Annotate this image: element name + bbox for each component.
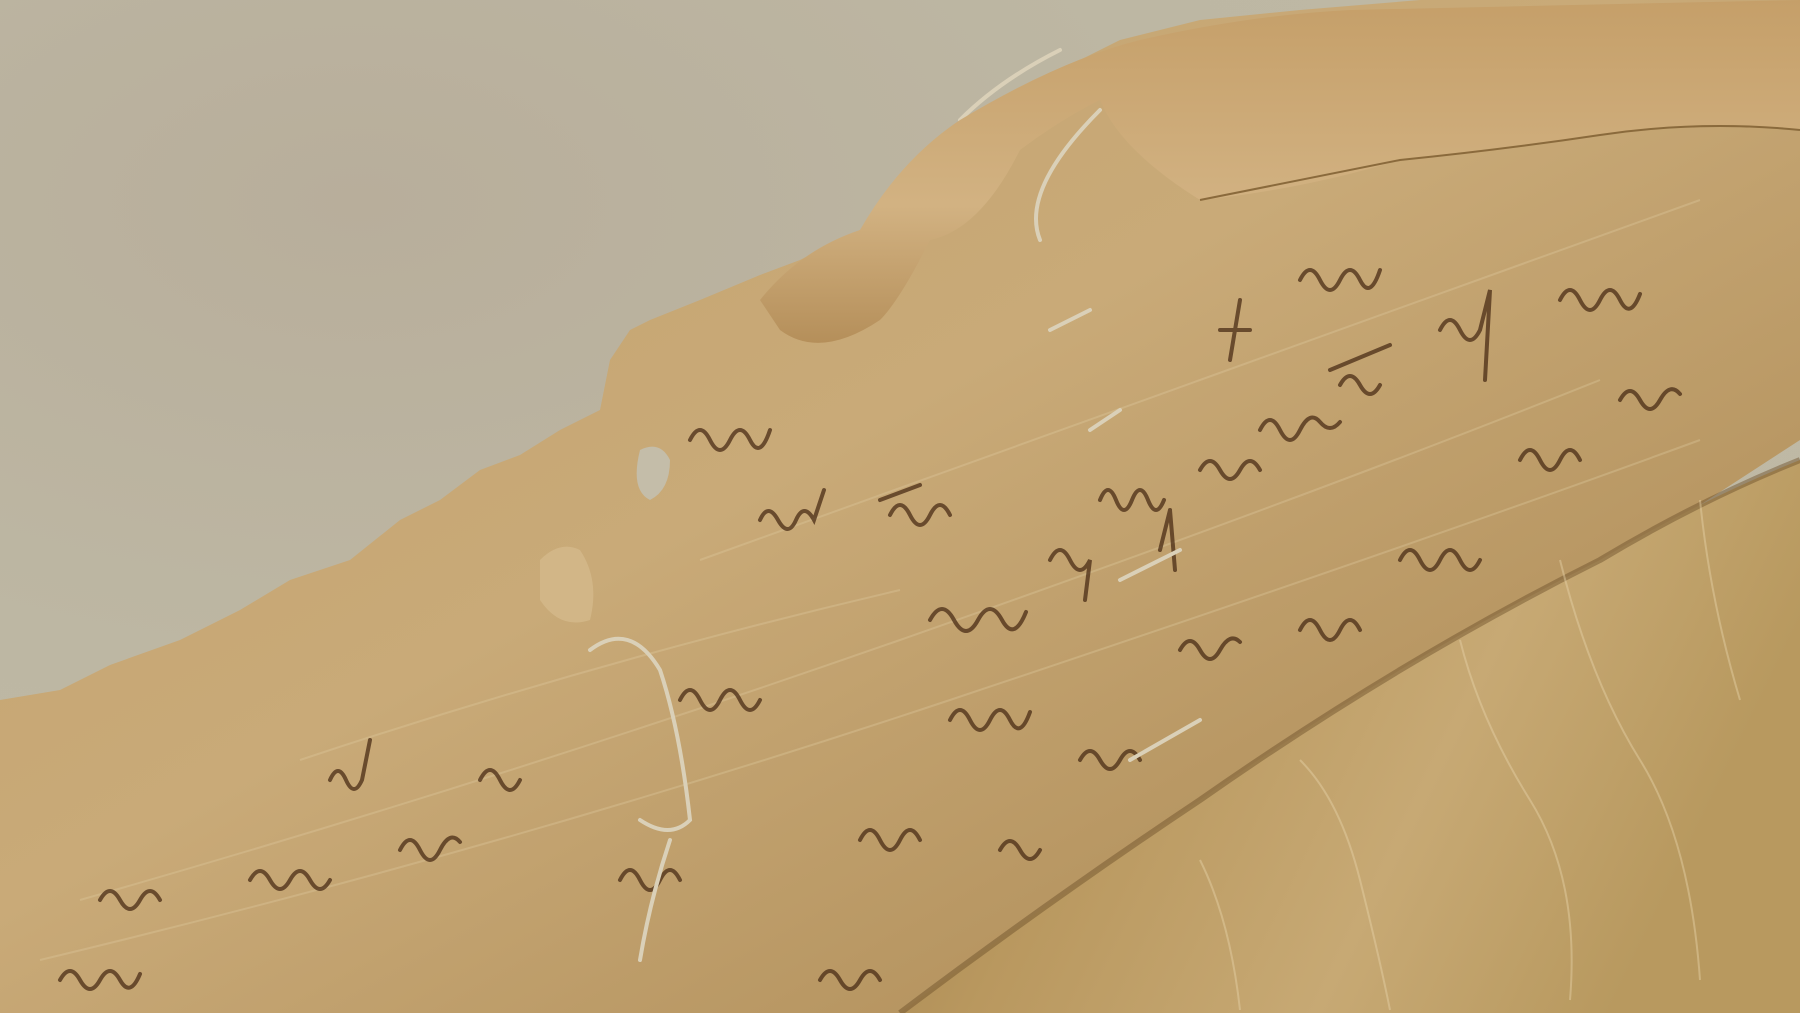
- manuscript-photo: Aged parchment manuscript with cursive h…: [0, 0, 1800, 1013]
- manuscript-illustration: [0, 0, 1800, 1013]
